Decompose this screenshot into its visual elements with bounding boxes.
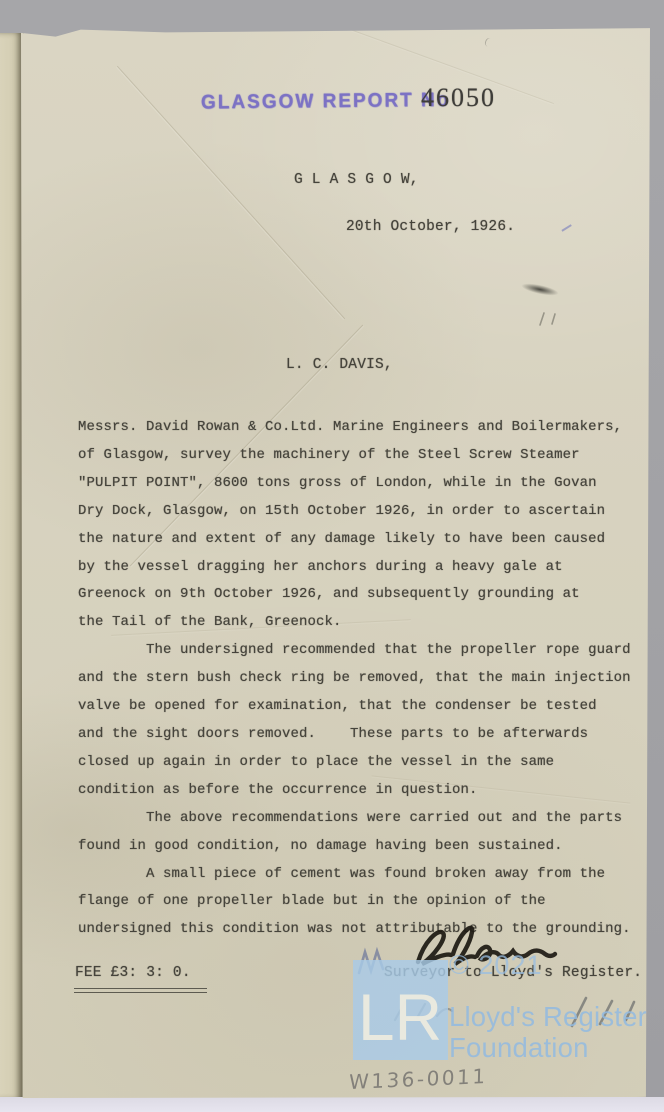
ink-smudge	[520, 281, 559, 298]
scanner-bed-strip	[0, 1097, 664, 1112]
city-line: G L A S G O W,	[294, 172, 419, 188]
underlying-page-edge	[0, 33, 24, 1099]
ink-speck	[536, 310, 562, 328]
copyright-watermark: © 2021	[449, 950, 542, 981]
fee-line: FEE £3: 3: 0.	[75, 965, 191, 981]
scanned-document-viewport: GLASGOW REPORT No 46050 G L A S G O W, 2…	[0, 0, 664, 1112]
letter-page: GLASGOW REPORT No 46050 G L A S G O W, 2…	[21, 27, 650, 1098]
reference-number-annotation: W136-0011	[349, 1064, 488, 1094]
glasgow-report-stamp: GLASGOW REPORT No	[201, 89, 451, 114]
date-line: 20th October, 1926.	[346, 219, 515, 235]
lr-logo-letters: LR	[358, 980, 442, 1054]
pen-tick	[561, 224, 571, 231]
faint-mark	[484, 37, 494, 48]
lloyds-register-logo-watermark: LR	[353, 960, 448, 1060]
report-number: 46050	[421, 83, 496, 113]
org-name-watermark: Lloyd's Register Foundation	[449, 1001, 647, 1063]
fee-underline	[74, 988, 207, 993]
addressee-line: L. C. DAVIS,	[286, 357, 393, 373]
letter-body: Messrs. David Rowan & Co.Ltd. Marine Eng…	[78, 414, 650, 944]
